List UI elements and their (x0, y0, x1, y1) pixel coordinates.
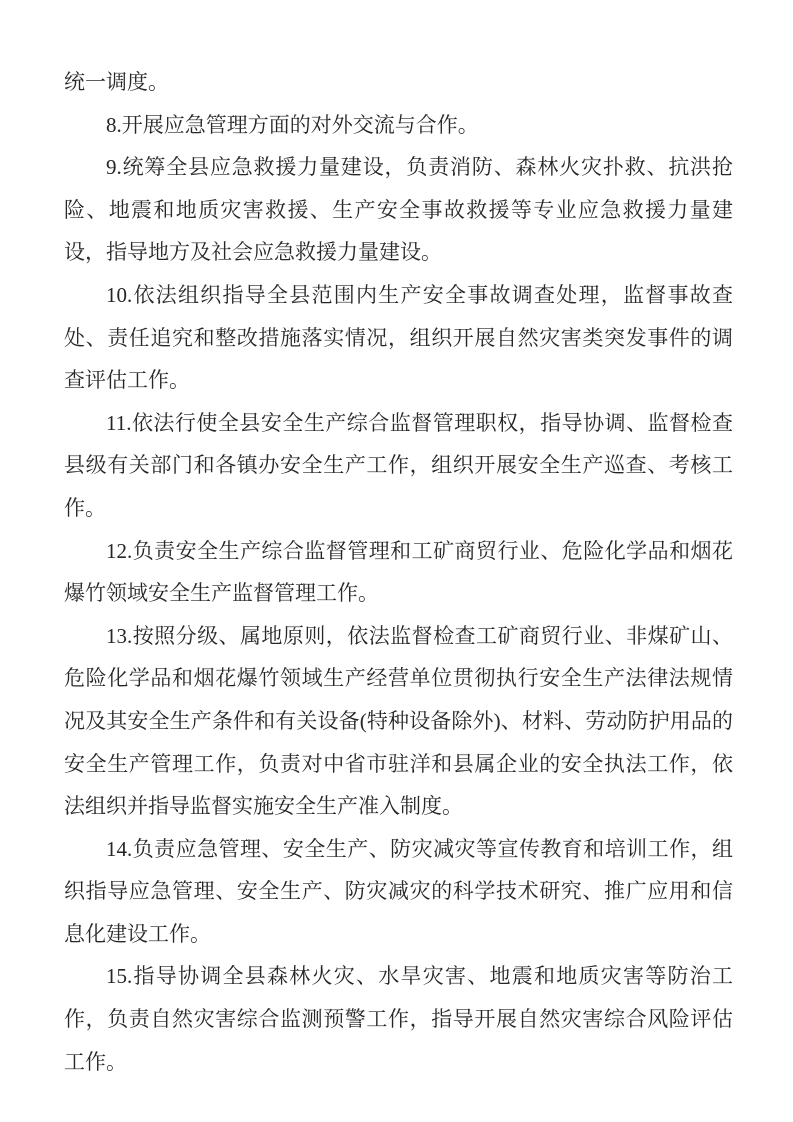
paragraph: 统一调度。 (64, 61, 733, 104)
paragraph: 11.依法行使全县安全生产综合监督管理职权，指导协调、监督检查县级有关部门和各镇… (64, 402, 733, 530)
document-body: 统一调度。8.开展应急管理方面的对外交流与合作。9.统筹全县应急救援力量建设，负… (64, 61, 733, 1083)
paragraph: 10.依法组织指导全县范围内生产安全事故调查处理，监督事故查处、责任追究和整改措… (64, 274, 733, 402)
paragraph: 9.统筹全县应急救援力量建设，负责消防、森林火灾扑救、抗洪抢险、地震和地质灾害救… (64, 146, 733, 274)
paragraph: 14.负责应急管理、安全生产、防灾减灾等宣传教育和培训工作，组织指导应急管理、安… (64, 828, 733, 956)
paragraph: 15.指导协调全县森林火灾、水旱灾害、地震和地质灾害等防治工作，负责自然灾害综合… (64, 955, 733, 1083)
paragraph: 13.按照分级、属地原则，依法监督检查工矿商贸行业、非煤矿山、危险化学品和烟花爆… (64, 615, 733, 828)
document-page: 统一调度。8.开展应急管理方面的对外交流与合作。9.统筹全县应急救援力量建设，负… (0, 0, 793, 1122)
paragraph: 8.开展应急管理方面的对外交流与合作。 (64, 104, 733, 147)
paragraph: 12.负责安全生产综合监督管理和工矿商贸行业、危险化学品和烟花爆竹领域安全生产监… (64, 530, 733, 615)
